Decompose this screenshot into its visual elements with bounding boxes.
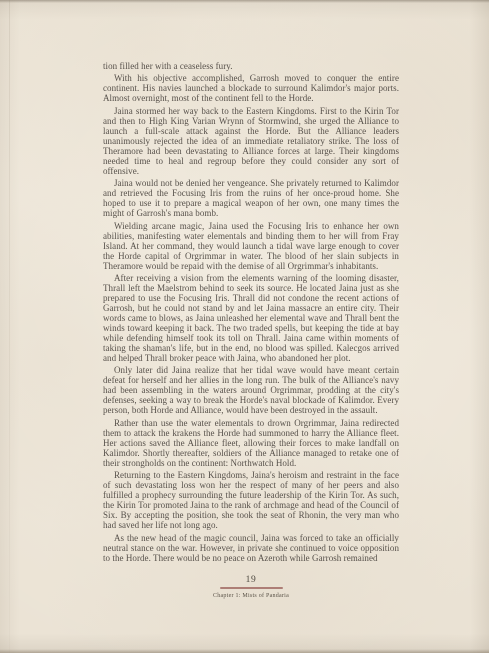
paragraph: Wielding arcane magic, Jaina used the Fo…: [103, 221, 399, 271]
paragraph: Jaina stormed her way back to the Easter…: [103, 106, 399, 176]
paragraph: With his objective accomplished, Garrosh…: [103, 73, 399, 103]
page-footer: 19 Chapter 1: Mists of Pandaria: [103, 575, 399, 600]
paragraph: tion filled her with a ceaseless fury.: [103, 61, 399, 71]
page-edge-bottom: [0, 649, 489, 653]
chapter-label: Chapter 1: Mists of Pandaria: [103, 592, 399, 600]
paragraph: Rather than use the water elementals to …: [103, 418, 399, 468]
paragraph: As the new head of the magic council, Ja…: [103, 533, 399, 563]
paragraph: Only later did Jaina realize that her ti…: [103, 365, 399, 415]
footer-rule: [220, 587, 283, 589]
book-page-scan: tion filled her with a ceaseless fury.Wi…: [0, 0, 489, 653]
page-number: 19: [103, 575, 399, 586]
paragraph: Jaina would not be denied her vengeance.…: [103, 178, 399, 218]
page-edge-left: [9, 0, 10, 653]
page-edge-top: [0, 0, 489, 3]
paragraph: After receiving a vision from the elemen…: [103, 273, 399, 363]
paragraph: Returning to the Eastern Kingdoms, Jaina…: [103, 470, 399, 530]
page-body-text: tion filled her with a ceaseless fury.Wi…: [103, 61, 399, 565]
